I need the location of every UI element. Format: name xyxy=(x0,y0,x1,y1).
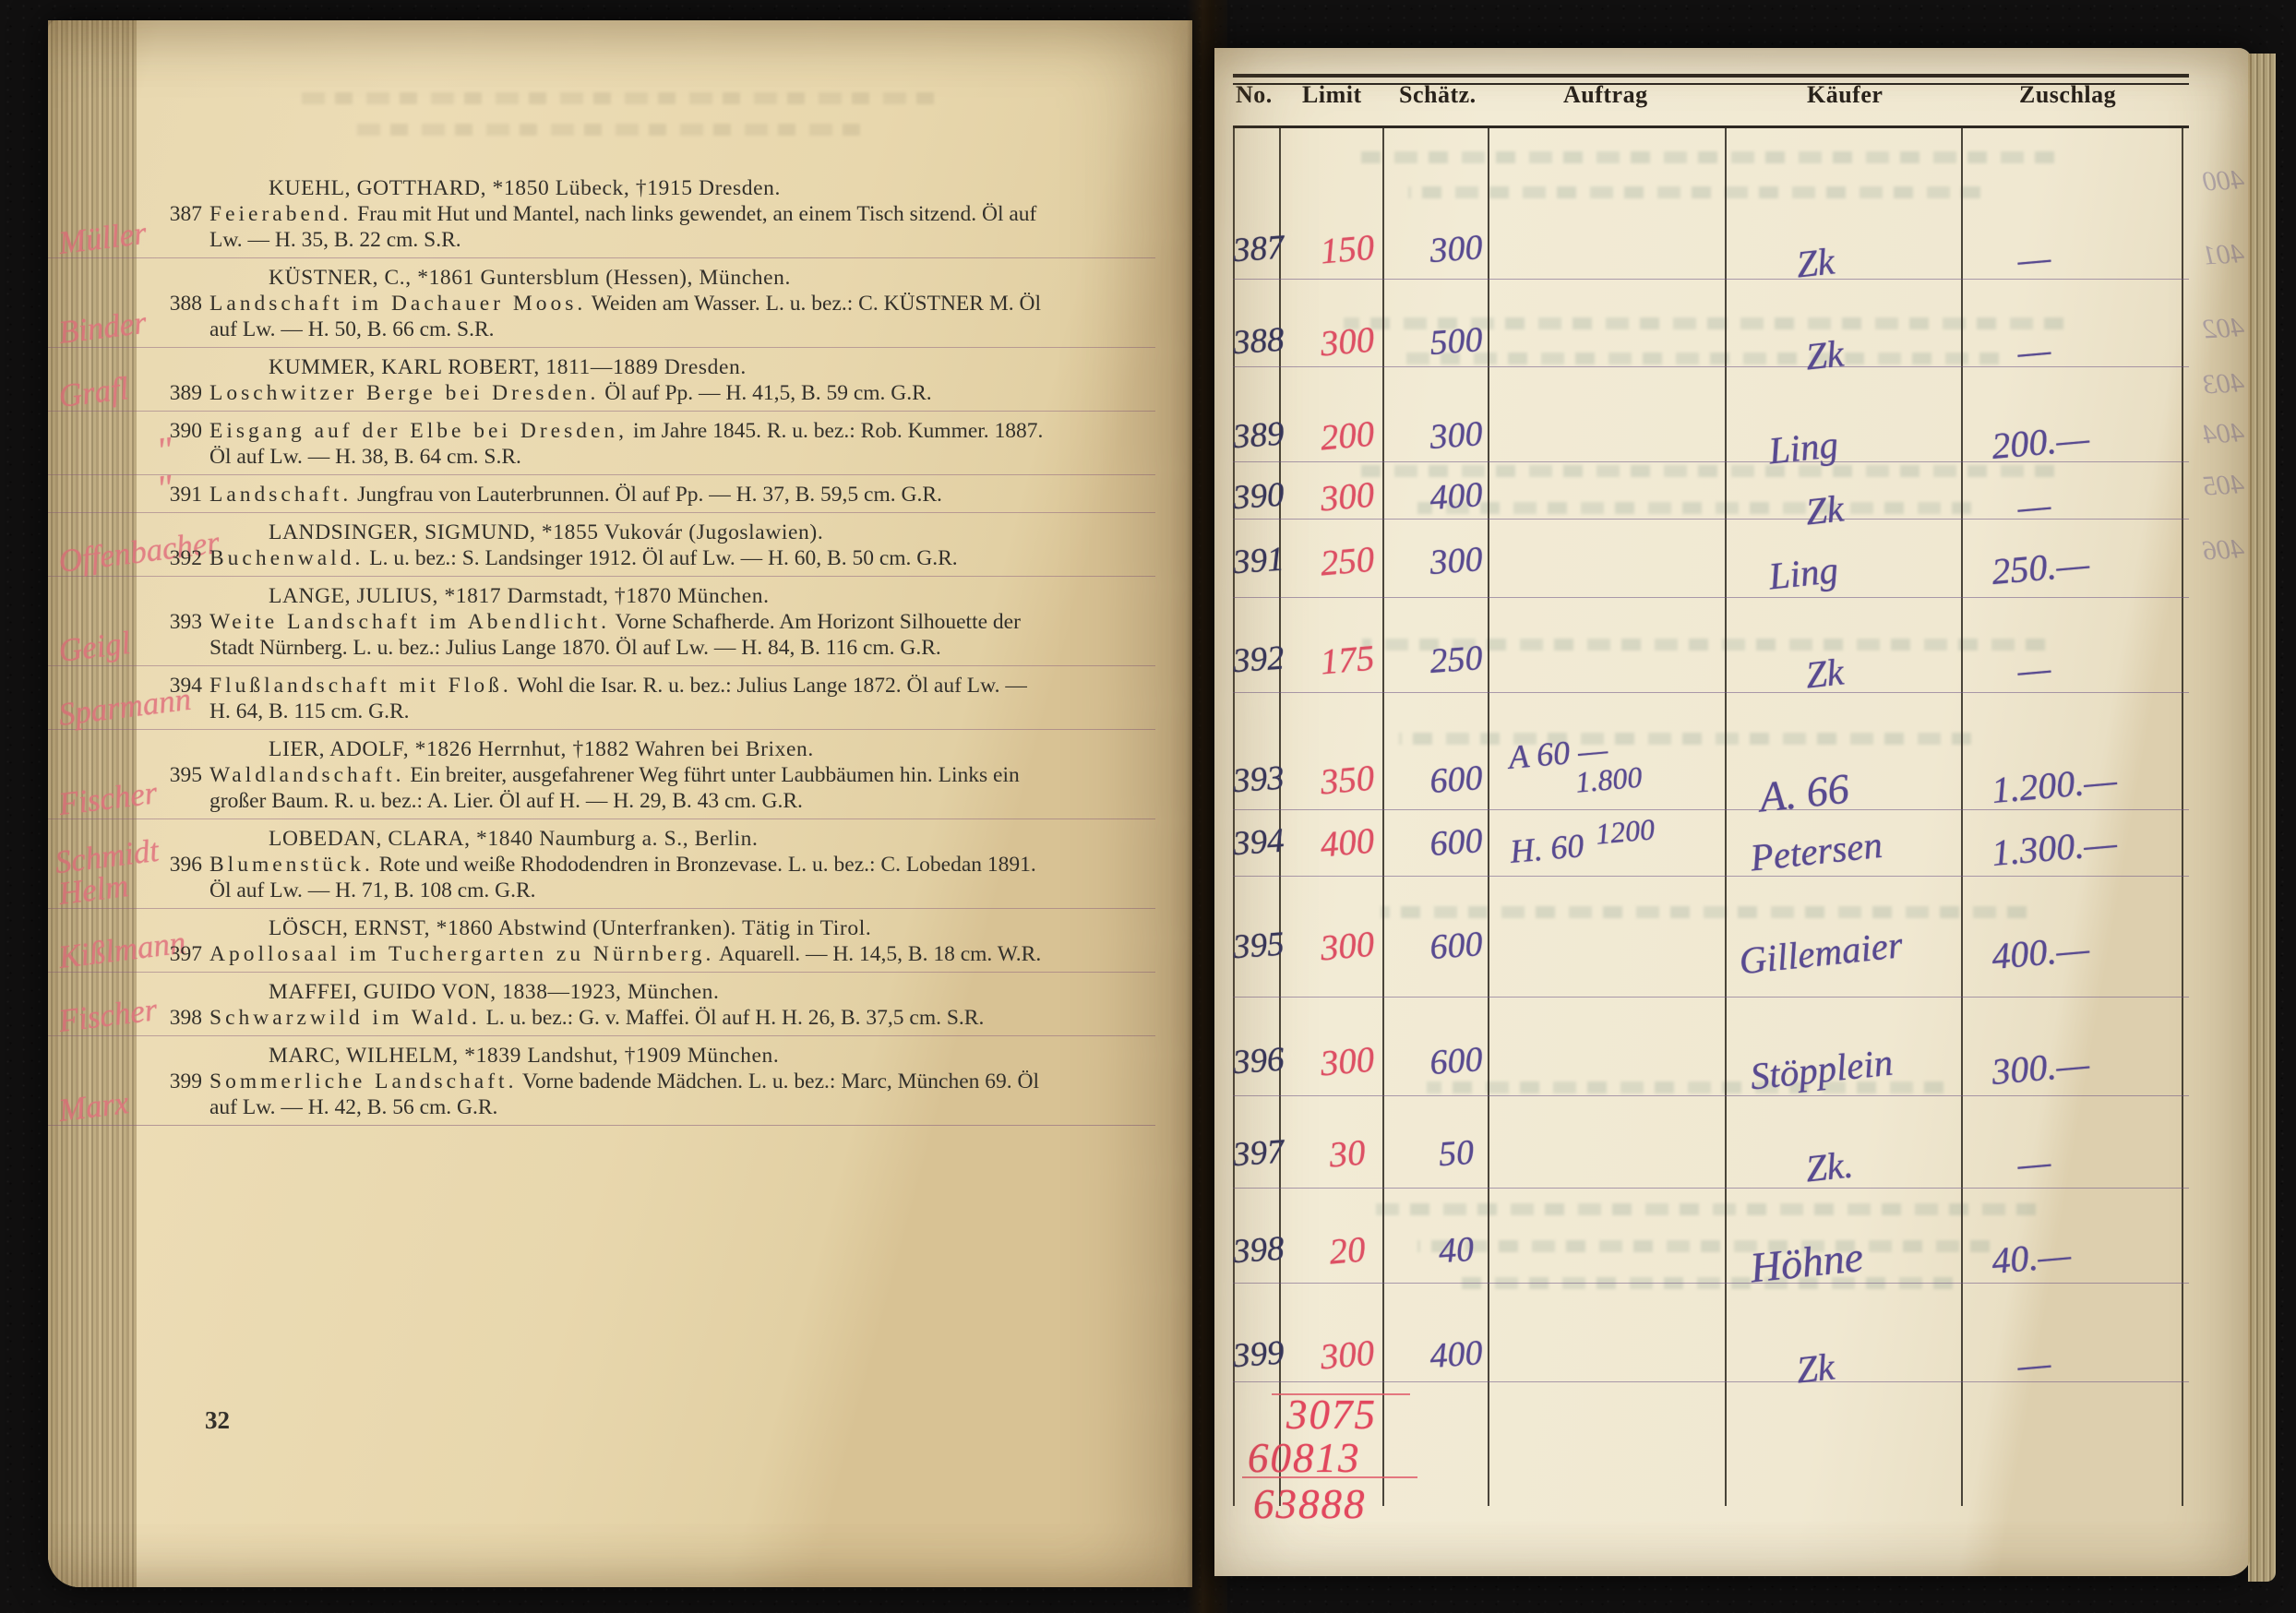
page-shading xyxy=(1214,48,2252,1576)
catalog-left-page: Müller KUEHL, GOTTHARD, *1850 Lübeck, †1… xyxy=(48,20,1192,1587)
page-stack-edge-right xyxy=(2248,54,2276,1582)
page-shading xyxy=(48,20,1192,1587)
ledger-right-page: No. Limit Schätz. Auftrag Käufer Zuschla… xyxy=(1214,48,2252,1576)
book-photo: { "left_page": { "page_number": "32", "e… xyxy=(0,0,2296,1613)
